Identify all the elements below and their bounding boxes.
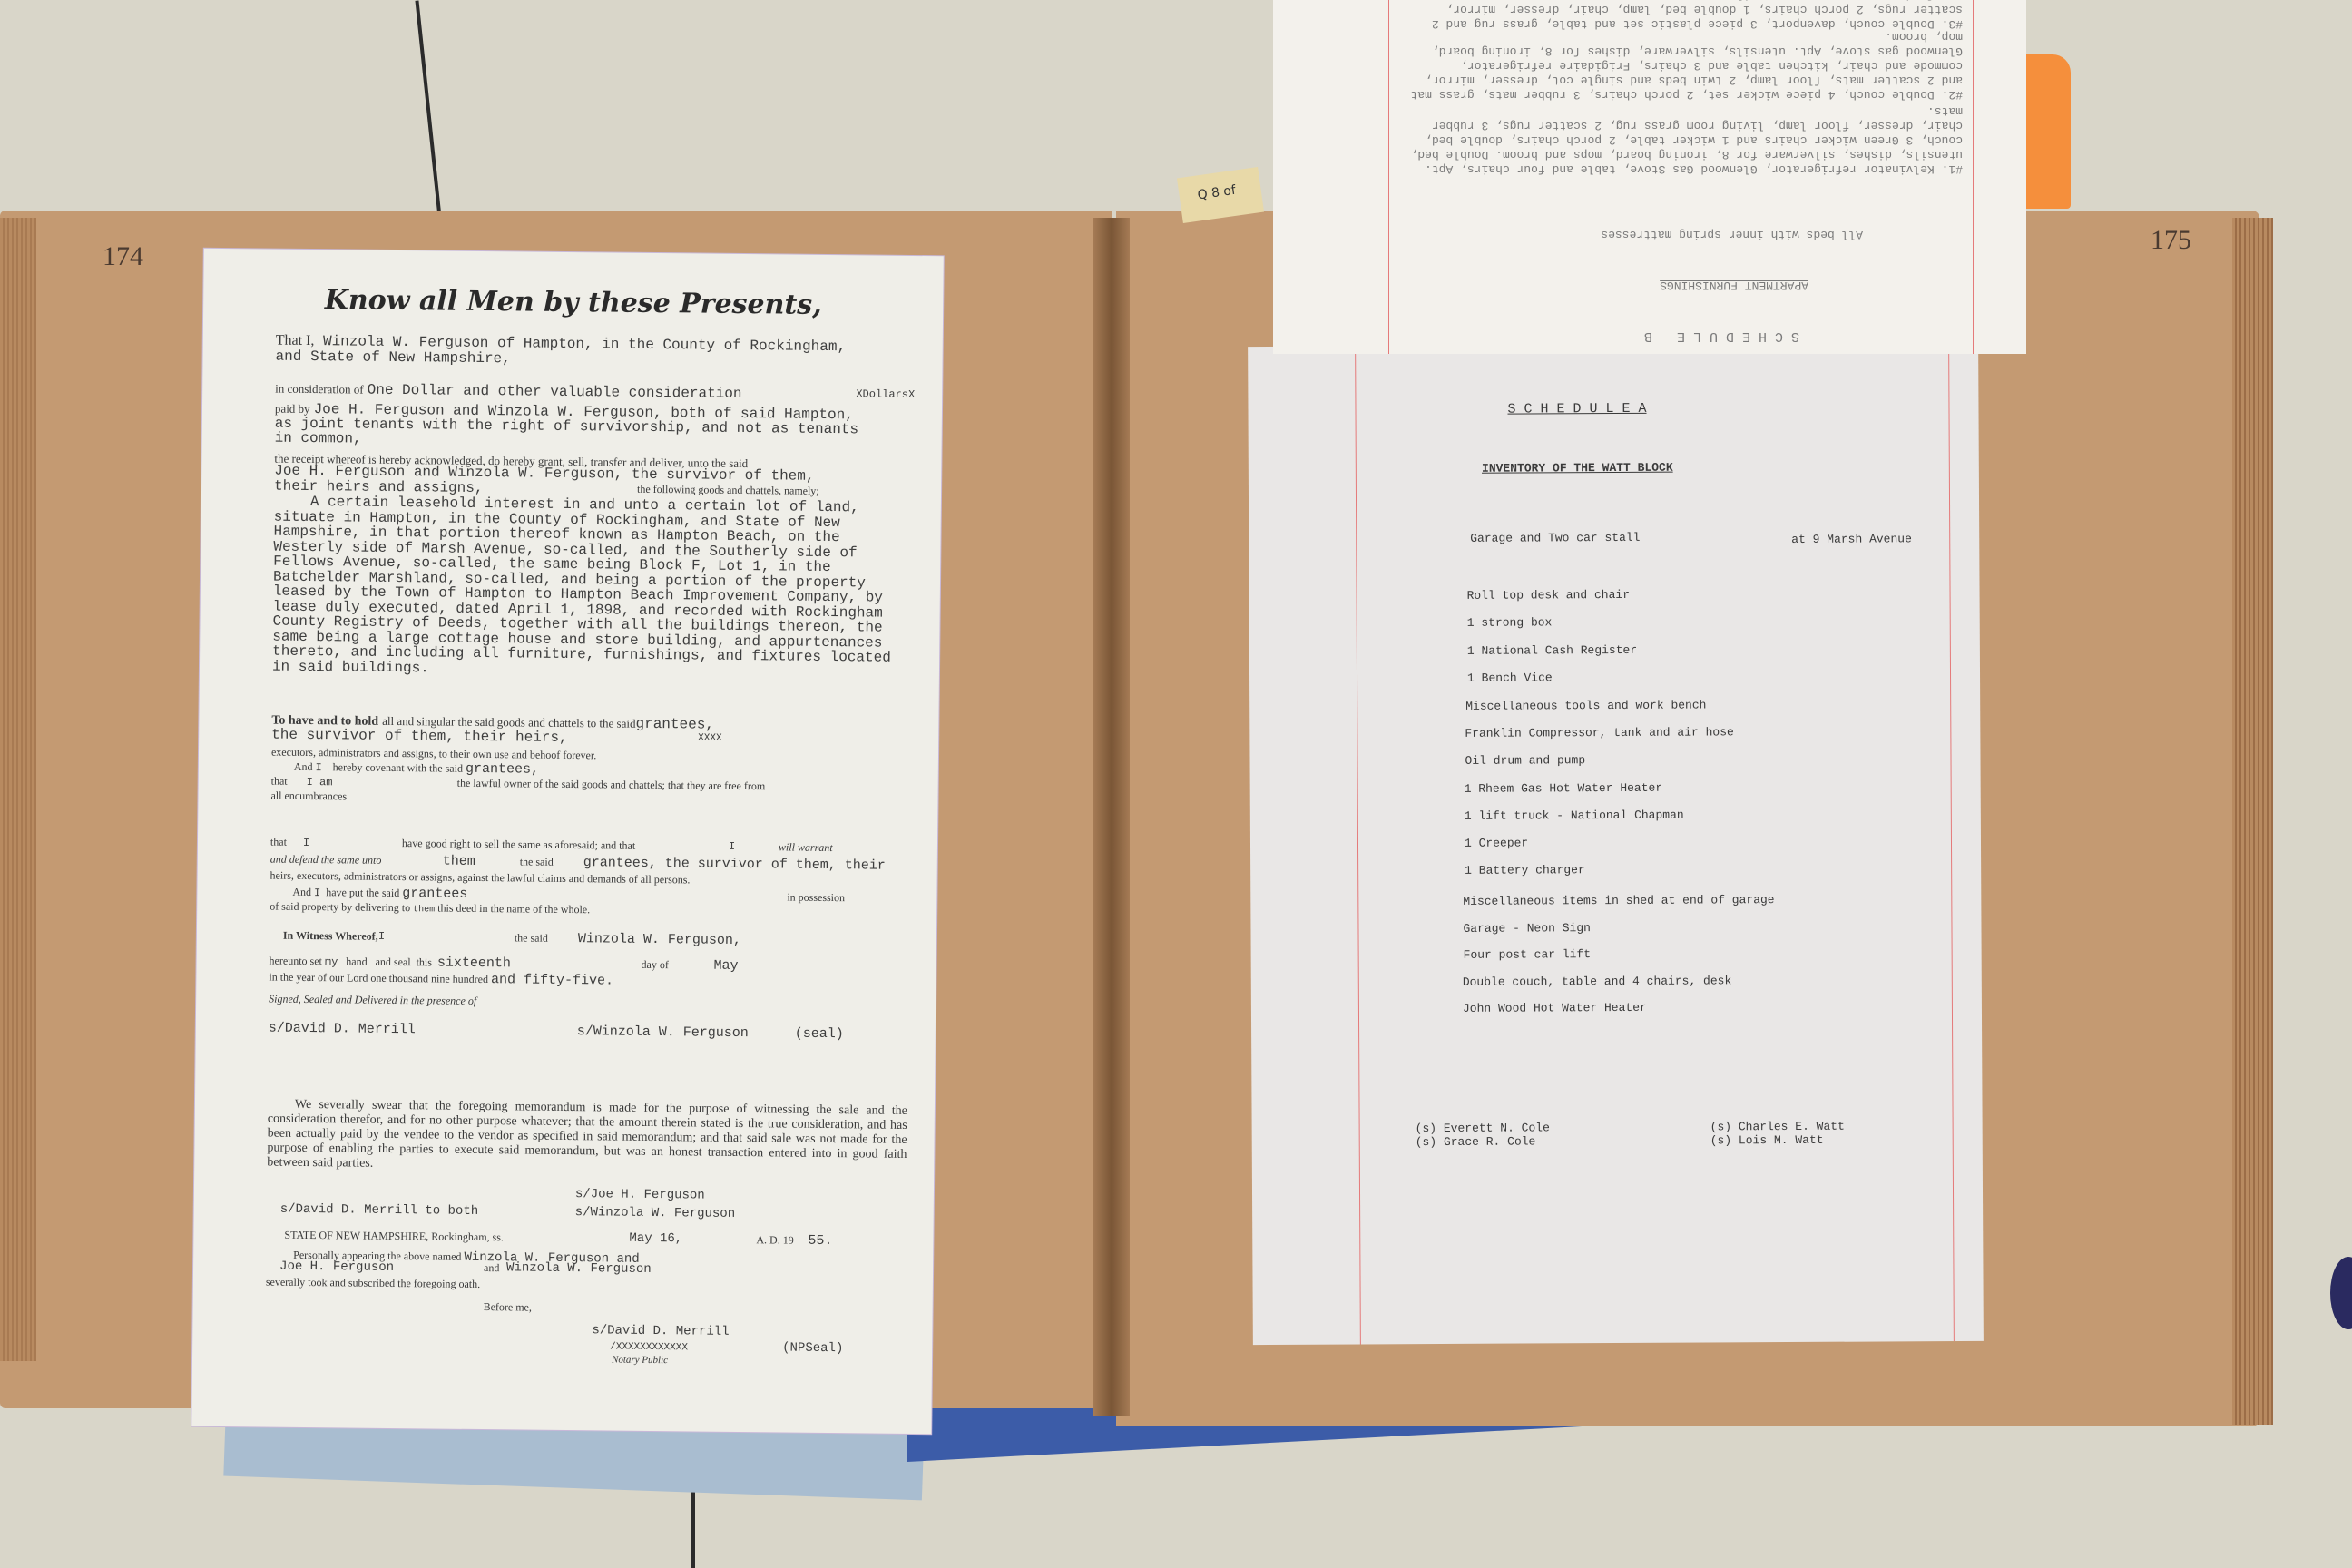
table-seam [415,0,441,217]
schedule-b-apt-1: #1. Kelvinator refrigerator, Glenwood Ga… [1400,103,1963,176]
inventory-item: 1 National Cash Register [1467,643,1637,658]
inventory-item: 1 Creeper [1465,837,1528,850]
page-number-left: 174 [103,241,143,272]
page-number-right: 175 [2151,225,2191,256]
schedule-a-subtitle: INVENTORY OF THE WATT BLOCK [1212,459,1943,476]
inventory-item: Roll top desk and chair [1467,588,1631,603]
inventory-item: John Wood Hot Water Heater [1463,1001,1647,1015]
schedule-a-inventory: S C H E D U L E A INVENTORY OF THE WATT … [1248,343,1984,1345]
inventory-item: 1 Bench Vice [1467,671,1553,684]
deed-witness: In Witness Whereof,Ithe saidWinzola W. F… [269,928,909,950]
notary-venue: STATE OF NEW HAMPSHIRE, Rockingham, ss.M… [266,1228,906,1249]
inventory-item: Four post car lift [1464,947,1592,962]
deed-title: Know all Men by these Presents, [203,283,943,323]
schedule-b-apt-3: #3. Double couch, davenport, 3 piece pla… [1400,0,1963,31]
location-left: Garage and Two car stall [1470,531,1640,545]
deed-consideration: in consideration of One Dollar and other… [275,381,915,404]
margin-rule-left [1973,0,1974,354]
inventory-item: Miscellaneous items in shed at end of ga… [1463,893,1774,908]
schedule-b-subtitle: APARTMENT FURNISHINGS [1660,278,1808,292]
schedule-b-note: All beds with inner spring mattresses [1601,227,1863,241]
inventory-item: 1 strong box [1467,615,1553,629]
signature-cole: (s) Everett N. Cole(s) Grace R. Cole [1416,1121,1550,1149]
note-tag-text: Q 8 of [1197,183,1237,203]
inventory-item: 1 lift truck - National Chapman [1465,808,1684,823]
location-right: at 9 Marsh Avenue [1791,532,1912,546]
book-spine-gutter [1093,218,1130,1416]
schedule-a-title: S C H E D U L E A [1211,399,1942,418]
signature-watt: (s) Charles E. Watt(s) Lois M. Watt [1710,1120,1845,1148]
bill-of-sale-document: Know all Men by these Presents, That I, … [191,249,944,1434]
deed-signed-sealed: Signed, Sealed and Delivered in the pres… [269,992,908,1014]
round-magnet [2330,1257,2352,1329]
inventory-item: 1 Battery charger [1465,863,1585,877]
schedule-b-title: S C H E D U L E B [1644,328,1799,343]
margin-rule-left [1355,346,1361,1344]
notary-before-me: Before me, [484,1299,906,1319]
oath-signatures: s/David D. Merrill to boths/Winzola W. F… [267,1202,906,1224]
margin-rule-right [1388,0,1389,354]
notary-title: Notary Public [612,1353,905,1371]
schedule-b-folded-page: S C H E D U L E B APARTMENT FURNISHINGS … [1273,0,2026,354]
deed-oath-paragraph: We severally swear that the foregoing me… [267,1098,907,1177]
inventory-item: Miscellaneous tools and work bench [1465,698,1706,712]
inventory-item: Double couch, table and 4 chairs, desk [1463,974,1732,989]
schedule-b-apt-2: #2. Double couch, 4 piece wicker set, 2 … [1400,29,1963,102]
inventory-item: 1 Rheem Gas Hot Water Heater [1465,781,1663,796]
inventory-item: Garage - Neon Sign [1463,921,1591,936]
book-right-page-edges [2232,218,2273,1425]
deed-witness-signature: s/David D. Merrills/Winzola W. Ferguson(… [269,1021,908,1043]
margin-rule-right [1948,343,1955,1341]
inventory-item: Oil drum and pump [1465,753,1585,768]
inventory-item: Franklin Compressor, tank and air hose [1465,725,1734,740]
oath-signature-joe: s/Joe H. Ferguson [267,1184,906,1191]
book-left-page-edges [0,218,36,1361]
deed-property-description: A certain leasehold interest in and unto… [272,495,916,681]
